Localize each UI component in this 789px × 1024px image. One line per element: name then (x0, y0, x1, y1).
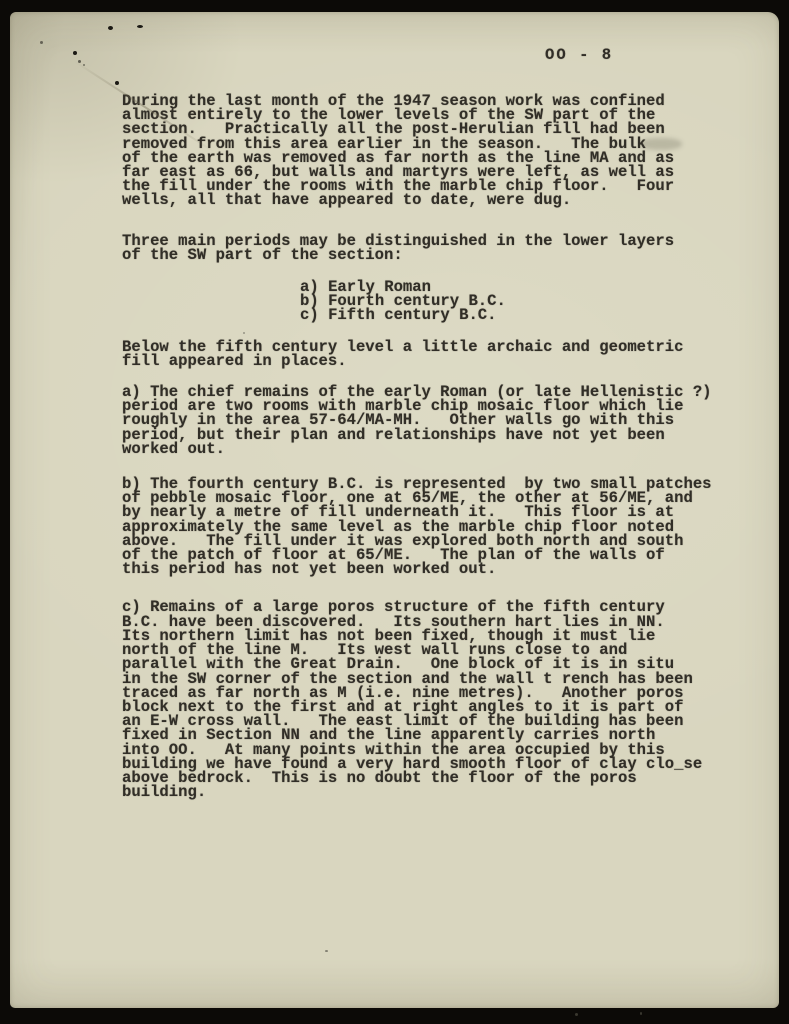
paragraph-intro: During the last month of the 1947 season… (122, 94, 772, 208)
ink-speck (73, 51, 77, 55)
scan-band-speck (640, 1012, 642, 1015)
scan-band-speck (575, 1013, 578, 1016)
ink-speck (40, 41, 43, 44)
section-a-paragraph: a) The chief remains of the early Roman … (122, 385, 772, 456)
document-body: During the last month of the 1947 season… (122, 94, 772, 799)
paragraph-periods: Three main periods may be distinguished … (122, 234, 772, 262)
section-b-paragraph: b) The fourth century B.C. is represente… (122, 477, 772, 576)
page-number: OO - 8 (545, 48, 613, 62)
section-c-paragraph: c) Remains of a large poros structure of… (122, 600, 772, 799)
scan-background: { "document": { "page_number": "OO - 8",… (0, 0, 789, 1024)
ink-smudge (640, 138, 682, 150)
ink-speck (325, 950, 328, 952)
paragraph-below-fifth-century: Below the fifth century level a little a… (122, 340, 772, 368)
ink-speck (243, 332, 245, 334)
ink-speck (115, 81, 119, 85)
periods-list: a) Early Roman b) Fourth century B.C. c)… (300, 280, 772, 323)
document-page: OO - 8 During the last month of the 1947… (10, 12, 779, 1008)
ink-speck (137, 25, 143, 28)
ink-speck (108, 26, 113, 30)
